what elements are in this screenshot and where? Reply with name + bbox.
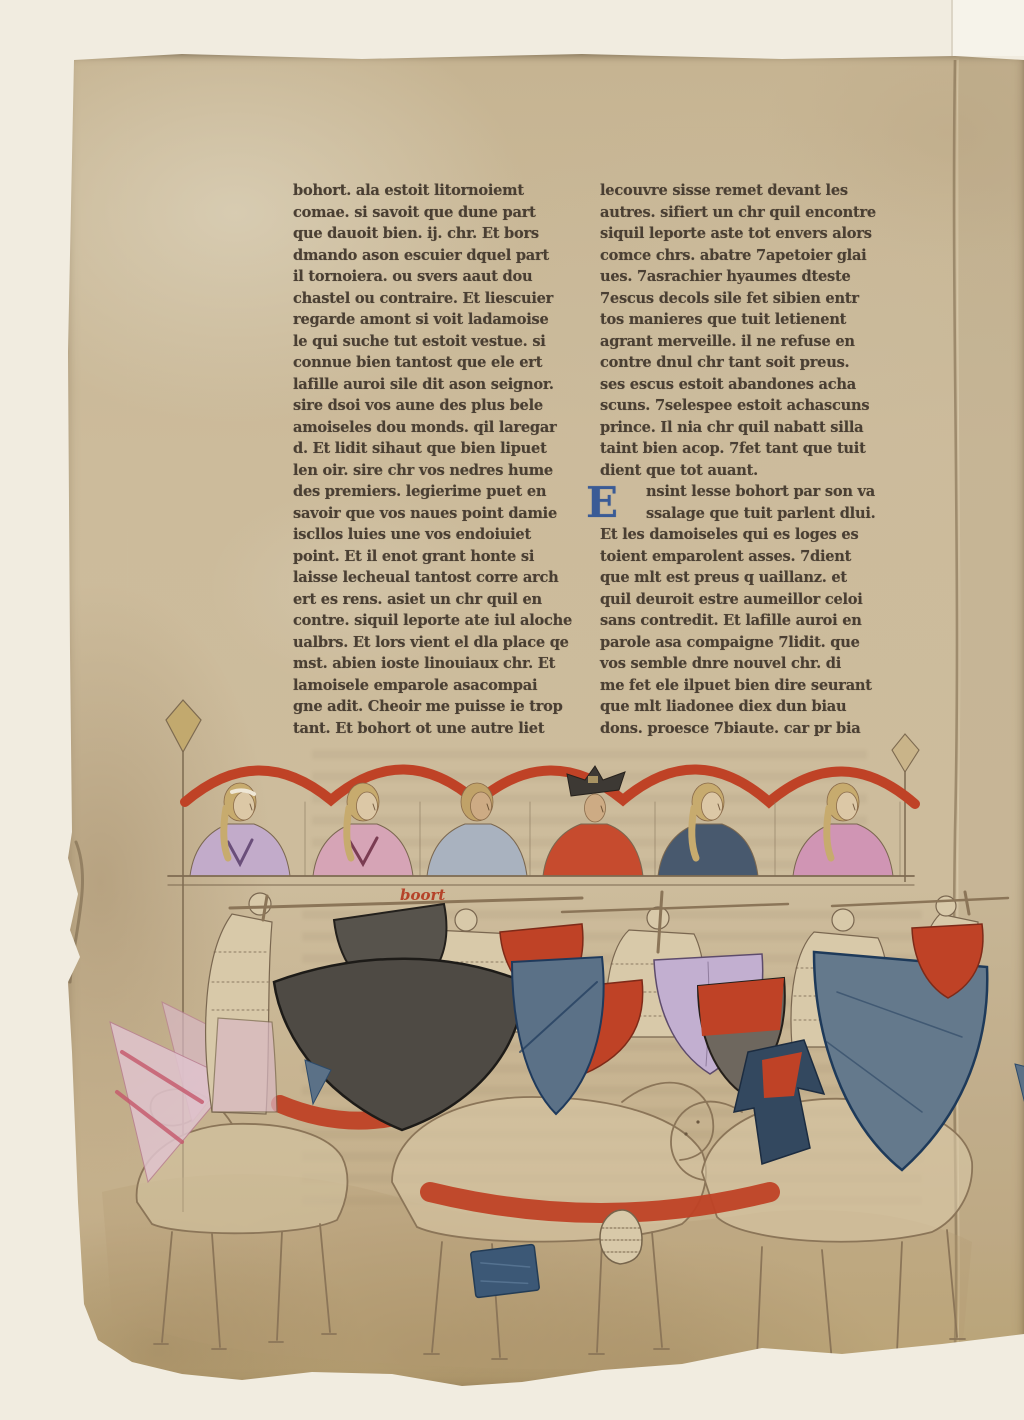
manuscript-text-line: lafille auroi sile dit ason seignor.: [293, 374, 575, 396]
manuscript-text-line: scuns. 7selespee estoit achascuns: [600, 395, 882, 417]
manuscript-text-line: ses escus estoit abandones acha: [600, 374, 882, 396]
text-column-left: bohort. ala estoit litornoiemtcomae. si …: [293, 180, 575, 739]
fallen-blue-shield: [470, 1244, 539, 1297]
manuscript-text-line: me fet ele ilpuet bien dire seurant: [600, 675, 882, 697]
manuscript-text-line: le qui suche tut estoit vestue. si: [293, 331, 575, 353]
manuscript-text-line: dient que tot auant.: [600, 460, 882, 482]
spectator-figure: [658, 783, 758, 876]
left-pennant-flag: [166, 700, 201, 752]
caparison-bands: [280, 1104, 770, 1213]
spectator-figure: [793, 783, 893, 876]
spectator-figure: [427, 783, 527, 876]
manuscript-text-line: dmando ason escuier dquel part: [293, 245, 575, 267]
horse: [392, 1083, 713, 1359]
small-pennon: [305, 1060, 331, 1104]
manuscript-text-line: sire dsoi vos aune des plus bele: [293, 395, 575, 417]
text-column-right: lecouvre sisse remet devant lesautres. s…: [600, 180, 882, 739]
rubric-label: boort: [400, 886, 445, 904]
knights: [206, 893, 978, 1114]
manuscript-text-line: vos semble dnre nouvel chr. di: [600, 653, 882, 675]
manuscript-text-line: 7escus decols sile fet sibien entr: [600, 288, 882, 310]
fallen-helmet: [600, 1210, 642, 1264]
manuscript-text-line: Et les damoiseles qui es loges es: [600, 524, 882, 546]
manuscript-text-line: que mlt liadonee diex dun biau: [600, 696, 882, 718]
parchment-seam: [954, 58, 1024, 1348]
spectator-figure: [313, 783, 413, 876]
spectator-figure: [190, 783, 290, 876]
gallery-rail: [168, 876, 914, 885]
manuscript-text-line: tos manieres que tuit letienent: [600, 309, 882, 331]
manuscript-text-line: toient emparolent asses. 7dient: [600, 546, 882, 568]
right-pennant-flag: [892, 734, 919, 772]
sword: [832, 898, 1008, 906]
horse: [137, 1089, 348, 1349]
manuscript-text-line: mst. abien ioste linouiaux chr. Et: [293, 653, 575, 675]
manuscript-text-line: amoiseles dou monds. qil laregar: [293, 417, 575, 439]
shield: [912, 924, 983, 998]
knight: [411, 909, 530, 1032]
shield: [334, 904, 446, 1004]
manuscript-text-line: quil deuroit estre aumeillor celoi: [600, 589, 882, 611]
shield: [654, 954, 763, 1074]
manuscript-text-line: il tornoiera. ou svers aaut dou: [293, 266, 575, 288]
manuscript-text-line: nsint lesse bohort par son va: [600, 481, 882, 503]
edge-tear: [70, 842, 83, 982]
manuscript-text-line: point. Et il enot grant honte si: [293, 546, 575, 568]
manuscript-text-line: des premiers. legierime puet en: [293, 481, 575, 503]
tournament-frame: [166, 700, 919, 1212]
manuscript-scan: { "page": { "kind": "illuminated manuscr…: [0, 0, 1024, 1420]
parchment-page: bohort. ala estoit litornoiemtcomae. si …: [62, 52, 1024, 1392]
shields: [274, 904, 1024, 1170]
manuscript-text-line: prince. Il nia chr quil nabatt silla: [600, 417, 882, 439]
manuscript-text-line: agrant merveille. il ne refuse en: [600, 331, 882, 353]
scan-background-panel: [951, 0, 1024, 56]
small-pennon: [1015, 1064, 1024, 1120]
manuscript-text-line: d. Et lidit sihaut que bien lipuet: [293, 438, 575, 460]
shield: [524, 980, 643, 1074]
manuscript-text-line: regarde amont si voit ladamoise: [293, 309, 575, 331]
manuscript-text-line: dons. proesce 7biaute. car pr bia: [600, 718, 882, 740]
manuscript-text-line: comae. si savoit que dune part: [293, 202, 575, 224]
shield: [698, 978, 785, 1092]
manuscript-text-line: sans contredit. Et lafille auroi en: [600, 610, 882, 632]
manuscript-text-line: contre. siquil leporte ate iul aloche: [293, 610, 575, 632]
manuscript-text-line: que dauoit bien. ij. chr. Et bors: [293, 223, 575, 245]
manuscript-text-line: ualbrs. Et lors vient el dla place qe: [293, 632, 575, 654]
manuscript-text-line: comce chrs. abatre 7apetoier glai: [600, 245, 882, 267]
red-scalloped-arches: [185, 769, 915, 804]
knight: [206, 893, 277, 1114]
manuscript-text-line: que mlt est preus q uaillanz. et: [600, 567, 882, 589]
lance-pennons: [110, 1002, 252, 1182]
ground-stain: [102, 1174, 972, 1370]
knight: [791, 909, 890, 1047]
decorated-initial: E: [586, 481, 630, 525]
manuscript-text-line: ssalage que tuit parlent dlui.: [600, 503, 882, 525]
shield: [512, 957, 604, 1114]
sword: [230, 898, 582, 908]
shield: [500, 924, 583, 1004]
showthrough-text-upper: [312, 750, 867, 878]
manuscript-text-line: chastel ou contraire. Et liescuier: [293, 288, 575, 310]
spectator-figure-crowned: [543, 766, 643, 876]
manuscript-text-line: bohort. ala estoit litornoiemt: [293, 180, 575, 202]
manuscript-text-line: contre dnul chr tant soit preus.: [600, 352, 882, 374]
knight: [606, 907, 706, 1037]
knight: [920, 896, 978, 1014]
manuscript-text-line: taint bien acop. 7fet tant que tuit: [600, 438, 882, 460]
manuscript-text-line: parole asa compaigne 7lidit. que: [600, 632, 882, 654]
showthrough-text-lower: [302, 910, 922, 1210]
manuscript-text-line: ert es rens. asiet un chr quil en: [293, 589, 575, 611]
manuscript-text-line: autres. sifiert un chr quil encontre: [600, 202, 882, 224]
manuscript-text-line: gne adit. Cheoir me puisse ie trop: [293, 696, 575, 718]
sword: [658, 892, 662, 952]
manuscript-text-line: savoir que vos naues point damie: [293, 503, 575, 525]
fallen-shield: [734, 1040, 824, 1164]
manuscript-text-line: lecouvre sisse remet devant les: [600, 180, 882, 202]
swords: [230, 892, 1008, 952]
spectator-gallery: [168, 766, 914, 885]
dark-crown: [567, 766, 625, 796]
manuscript-text-line: connue bien tantost que ele ert: [293, 352, 575, 374]
manuscript-text-line: laisse lecheual tantost corre arch: [293, 567, 575, 589]
manuscript-text-line: len oir. sire chr vos nedres hume: [293, 460, 575, 482]
horses: [137, 1083, 973, 1364]
fallen-gear: [470, 1210, 642, 1298]
battle-scene: [70, 842, 1024, 1370]
horse: [671, 1099, 972, 1364]
manuscript-text-line: ues. 7asrachier hyaumes dteste: [600, 266, 882, 288]
sword: [562, 904, 788, 912]
manuscript-text-line: tant. Et bohort ot une autre liet: [293, 718, 575, 740]
gallery-dividers: [305, 802, 900, 876]
manuscript-text-line: iscllos luies une vos endoiuiet: [293, 524, 575, 546]
manuscript-text-line: siquil leporte aste tot envers alors: [600, 223, 882, 245]
shield: [814, 952, 987, 1170]
manuscript-text-line: lamoisele emparole asacompai: [293, 675, 575, 697]
shield: [274, 959, 524, 1130]
